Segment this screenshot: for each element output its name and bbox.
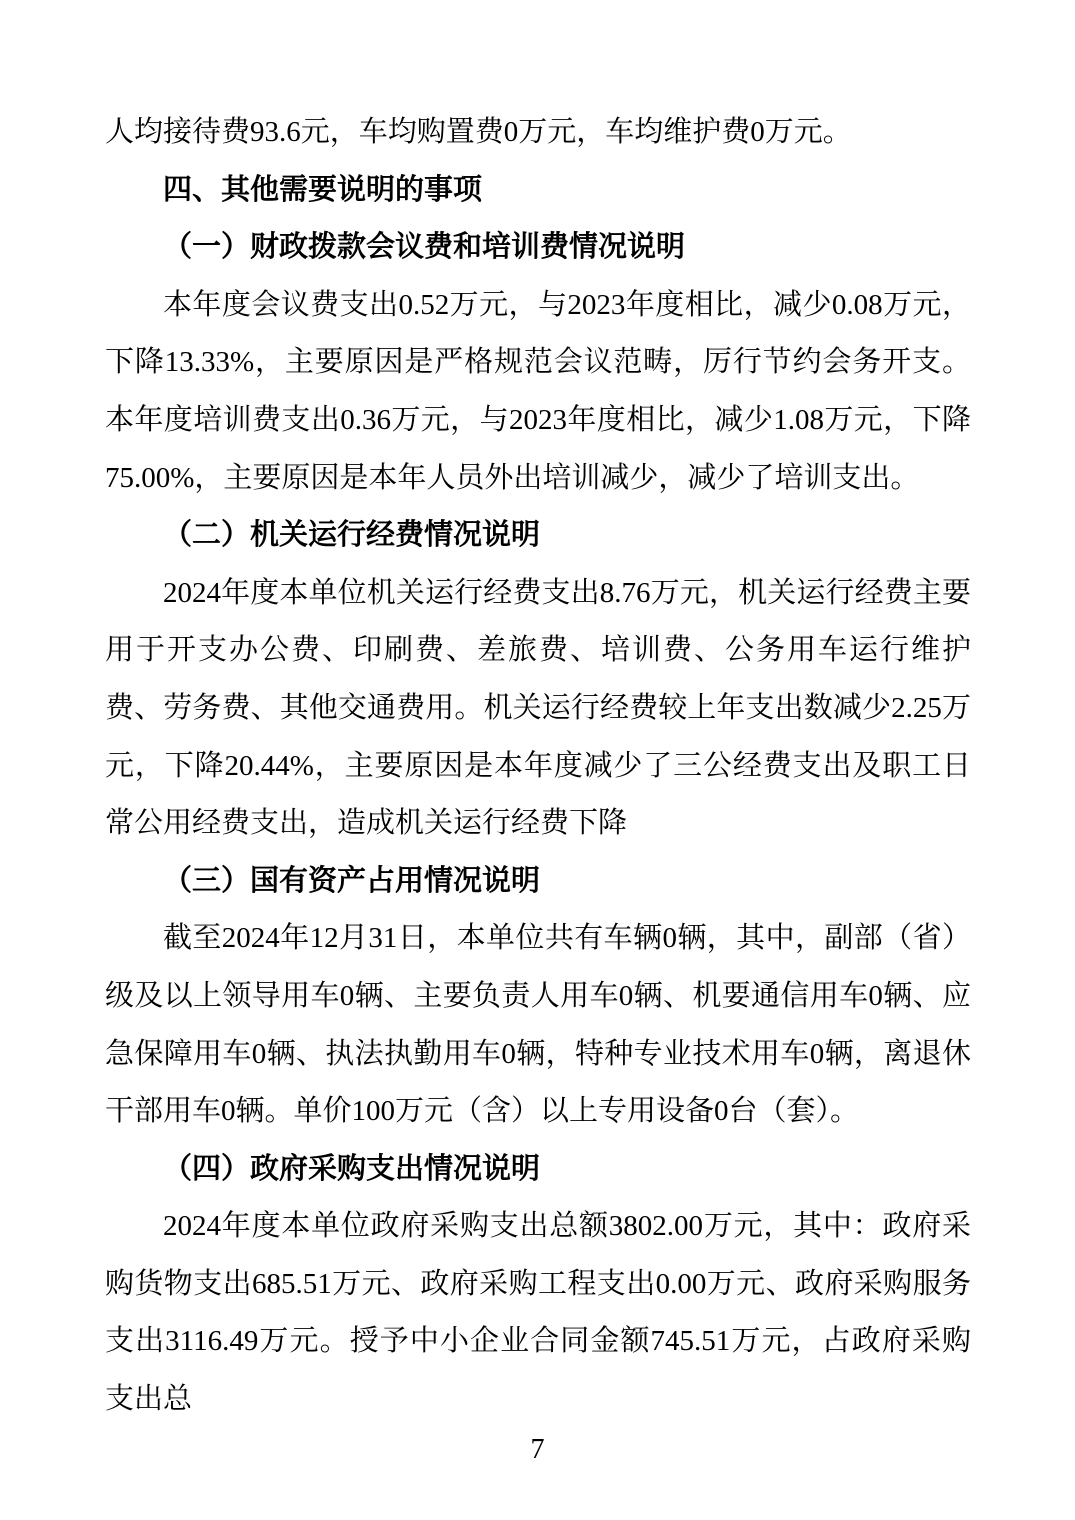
document-content: 人均接待费93.6元，车均购置费0万元，车均维护费0万元。 四、其他需要说明的事… [105, 104, 971, 1429]
page-number: 7 [0, 1432, 1075, 1468]
subsection-body-2: 2024年度本单位机关运行经费支出8.76万元，机关运行经费主要用于开支办公费、… [105, 565, 971, 853]
continuation-paragraph: 人均接待费93.6元，车均购置费0万元，车均维护费0万元。 [105, 104, 971, 162]
main-section-heading: 四、其他需要说明的事项 [105, 162, 971, 220]
subsection-heading-1: （一）财政拨款会议费和培训费情况说明 [105, 219, 971, 277]
subsection-body-1: 本年度会议费支出0.52万元，与2023年度相比，减少0.08万元，下降13.3… [105, 277, 971, 507]
subsection-body-3: 截至2024年12月31日，本单位共有车辆0辆，其中，副部（省）级及以上领导用车… [105, 910, 971, 1140]
subsection-heading-2: （二）机关运行经费情况说明 [105, 507, 971, 565]
subsection-body-4: 2024年度本单位政府采购支出总额3802.00万元，其中：政府采购货物支出68… [105, 1198, 971, 1428]
subsection-heading-4: （四）政府采购支出情况说明 [105, 1141, 971, 1199]
subsection-heading-3: （三）国有资产占用情况说明 [105, 853, 971, 911]
document-page: 人均接待费93.6元，车均购置费0万元，车均维护费0万元。 四、其他需要说明的事… [0, 0, 1075, 1520]
